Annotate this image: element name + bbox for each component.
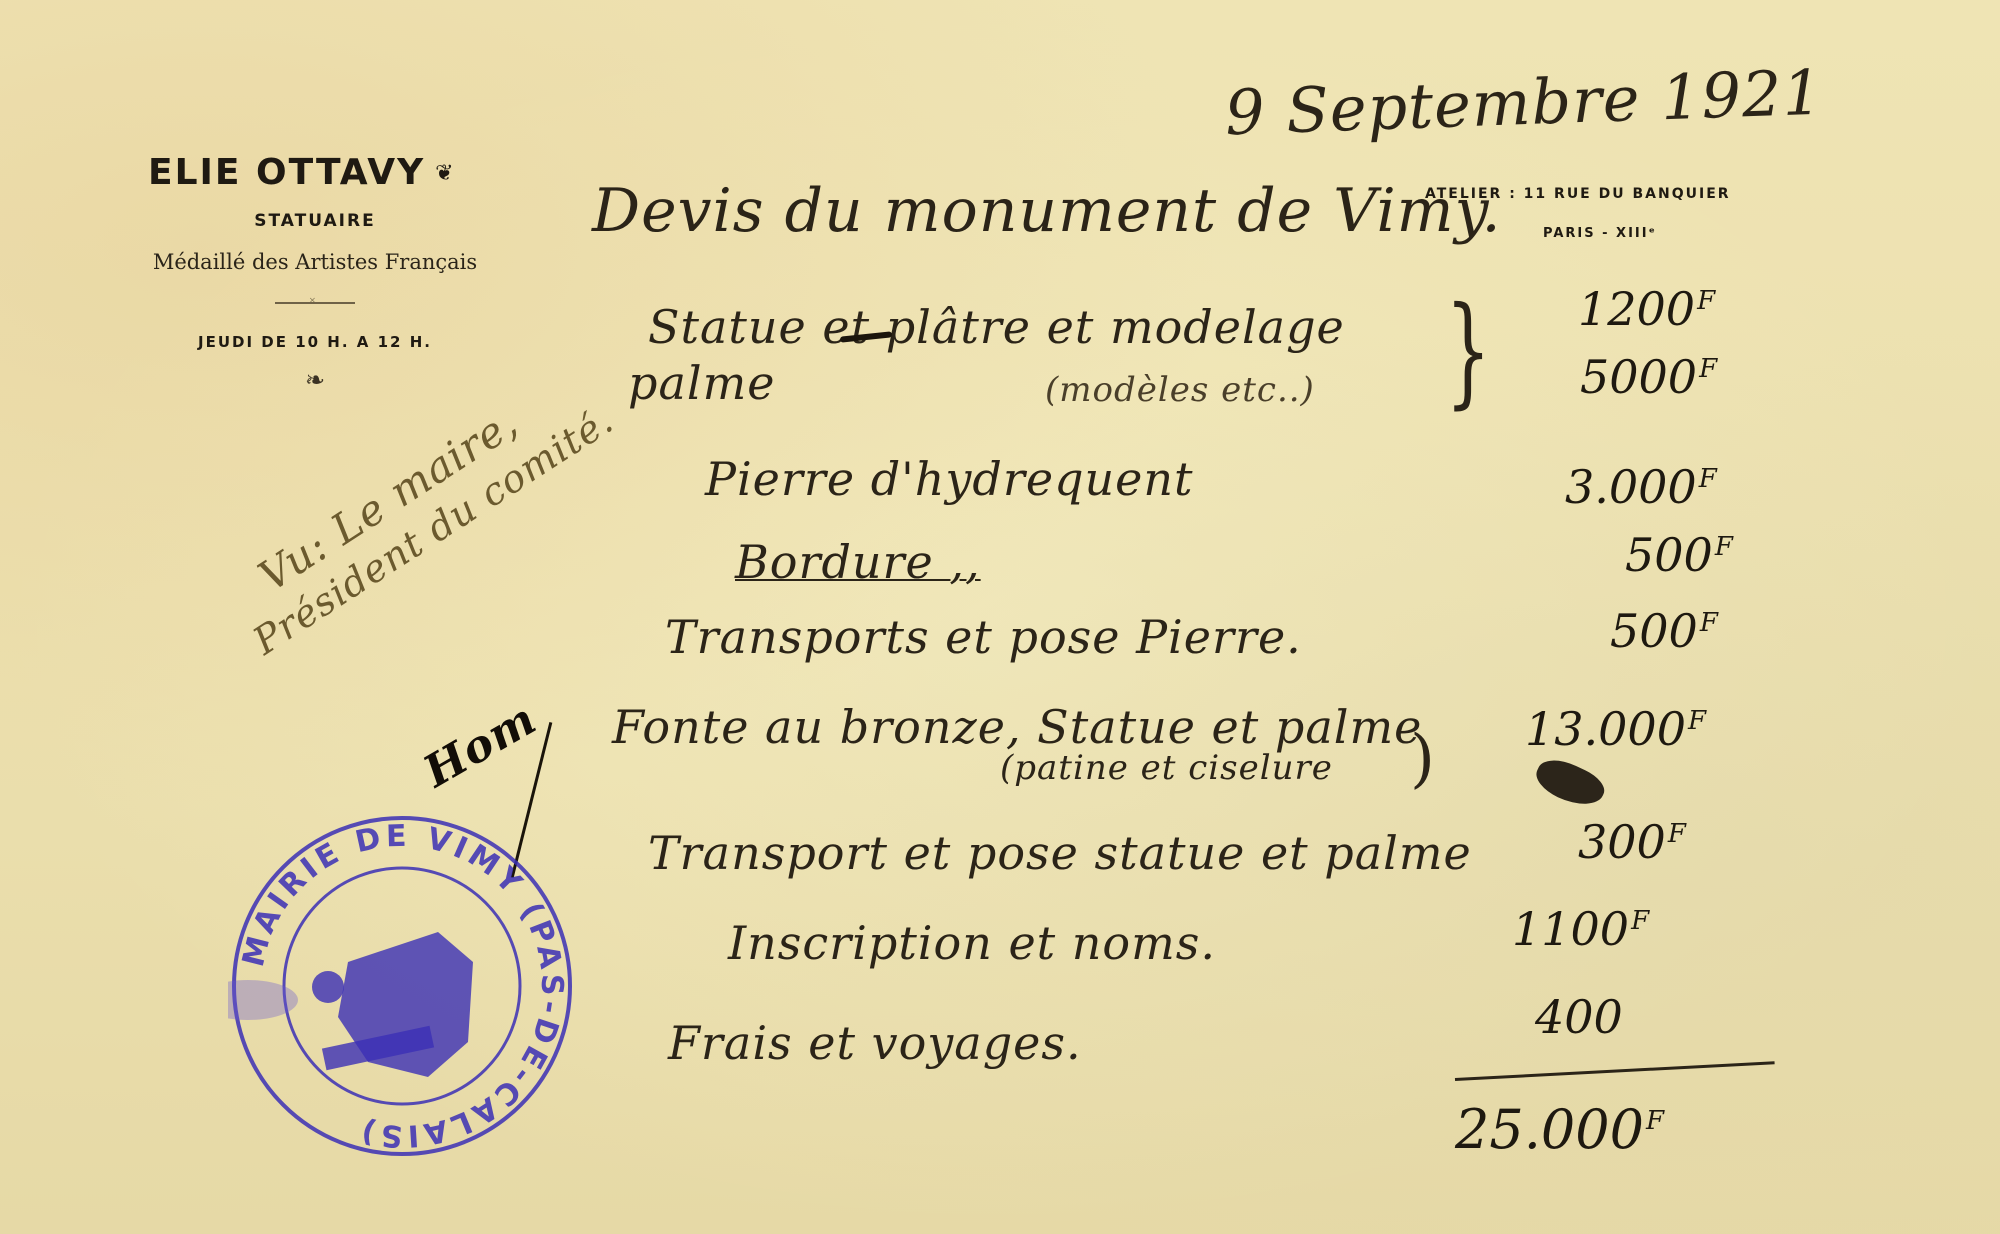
line-item-label: Transports et pose Pierre. xyxy=(665,610,1302,664)
line-item-label: Inscription et noms. xyxy=(728,916,1216,970)
amount-value: 500 xyxy=(1610,604,1698,658)
line-item-note: (patine et ciselure xyxy=(1000,748,1333,788)
amount-value: 3.000 xyxy=(1565,460,1697,514)
amount-value: 5000 xyxy=(1580,350,1697,404)
line-item-amount: 500F xyxy=(1610,604,1718,658)
document-date: 9 Septembre 1921 xyxy=(1224,56,1824,150)
total-amount: 25.000F xyxy=(1455,1098,1664,1161)
ink-blot xyxy=(1531,752,1610,814)
currency-unit: F xyxy=(1700,608,1718,638)
atelier-city: PARIS - XIIIᵉ xyxy=(1543,226,1657,241)
currency-unit: F xyxy=(1631,906,1649,936)
amount-value: 300 xyxy=(1578,815,1666,869)
letterhead-name: ELIE OTTAVY❦ xyxy=(148,152,456,193)
letterhead-title: STATUAIRE xyxy=(0,211,630,231)
line-item-label: palme xyxy=(628,356,775,410)
line-item-amount: 1200F xyxy=(1578,282,1715,336)
letterhead-hours: JEUDI DE 10 H. A 12 H. xyxy=(0,333,630,351)
document-subject: Devis du monument de Vimy. xyxy=(592,176,1502,246)
line-item-amount: 5000F xyxy=(1580,350,1717,404)
line-item-amount: 13.000F xyxy=(1525,702,1706,756)
mairie-stamp-icon: MAIRIE DE VIMY (PAS-DE-CALAIS) xyxy=(228,812,576,1160)
laurel-wreath-icon: ❦ xyxy=(435,161,455,186)
closing-parenthesis-mark: ) xyxy=(1410,722,1435,796)
line-item-label: Statue et plâtre et modelage xyxy=(648,300,1345,354)
right-brace-mark: } xyxy=(1445,282,1491,421)
line-item-note: (modèles etc..) xyxy=(1045,370,1315,410)
line-item-label: Transport et pose statue et palme xyxy=(648,826,1472,880)
line-item-amount: 1100F xyxy=(1512,902,1649,956)
currency-unit: F xyxy=(1646,1106,1664,1136)
amount-value: 500 xyxy=(1625,528,1713,582)
currency-unit: F xyxy=(1699,464,1717,494)
amount-value: 1200 xyxy=(1578,282,1695,336)
line-item-label: Bordure ,, xyxy=(735,535,981,589)
line-item-label: Pierre d'hydrequent xyxy=(705,452,1193,506)
letterhead-divider xyxy=(275,302,355,304)
currency-unit: F xyxy=(1668,819,1686,849)
line-item-amount: 3.000F xyxy=(1565,460,1717,514)
item-text: Statue xyxy=(648,300,807,354)
total-rule xyxy=(1455,1061,1775,1081)
line-item-amount: 300F xyxy=(1578,815,1686,869)
amount-value: 400 xyxy=(1535,990,1623,1044)
currency-unit: F xyxy=(1715,532,1733,562)
line-item-amount: 500F xyxy=(1625,528,1733,582)
mayor-signature: Hom xyxy=(415,693,545,797)
currency-unit: F xyxy=(1699,354,1717,384)
letterhead-distinction: Médaillé des Artistes Français xyxy=(0,250,630,274)
total-value: 25.000 xyxy=(1455,1098,1644,1161)
item-text: plâtre et modelage xyxy=(886,300,1345,354)
line-item-label: Fonte au bronze, Statue et palme xyxy=(612,700,1422,754)
letterhead-name-text: ELIE OTTAVY xyxy=(148,152,425,193)
mayor-approval-note: Vu: Le maire, Président du comité. xyxy=(250,353,621,641)
line-item-amount: 400 xyxy=(1535,990,1625,1044)
amount-value: 13.000 xyxy=(1525,702,1686,756)
line-item-label: Frais et voyages. xyxy=(668,1016,1082,1070)
currency-unit: F xyxy=(1697,286,1715,316)
struck-word: et xyxy=(822,300,870,354)
amount-value: 1100 xyxy=(1512,902,1629,956)
currency-unit: F xyxy=(1688,706,1706,736)
